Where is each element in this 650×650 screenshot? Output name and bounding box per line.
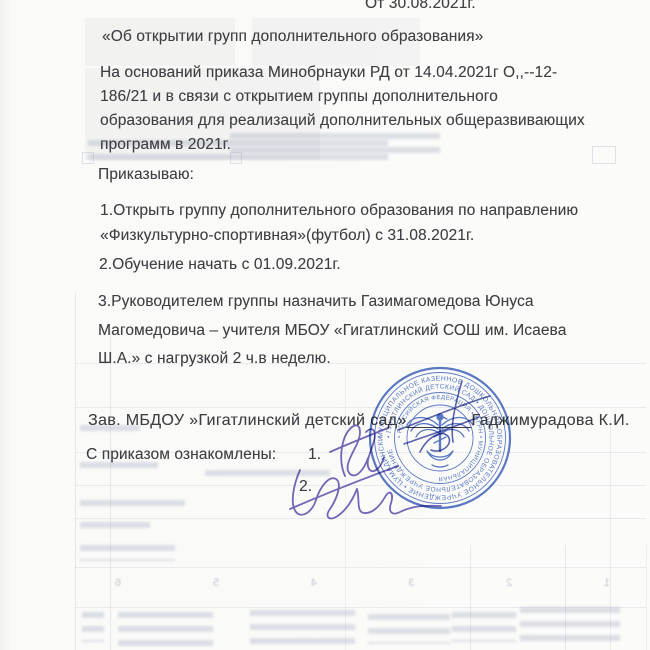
bleed-table-line xyxy=(345,368,346,650)
bleed-digit: 1 xyxy=(604,577,610,589)
bleed-text-blob xyxy=(250,610,355,646)
official-round-stamp: МУНИЦИПАЛЬНОЕ КАЗЕННОЕ ДОШКОЛЬНОЕ ОБРАЗО… xyxy=(367,365,513,511)
bleed-digit: 2 xyxy=(506,577,512,589)
order-word: Приказываю: xyxy=(98,166,194,184)
bleed-table-line xyxy=(75,485,646,486)
bleed-digits-row: 123456 xyxy=(85,577,640,589)
bleed-text-blob xyxy=(80,522,150,531)
bleed-table-line xyxy=(75,407,646,408)
bleed-digit: 4 xyxy=(311,577,317,589)
order-item-2: 2.Обучение начать с 01.09.2021г. xyxy=(99,256,341,274)
bleed-table-line xyxy=(75,607,646,608)
order-title: «Об открытии групп дополнительного образ… xyxy=(102,28,483,46)
bleed-text-blob xyxy=(80,545,175,561)
order-item-3: 3.Руководителем группы назначить Газимаг… xyxy=(98,288,650,374)
scanned-order-document: 123456 От 30.08.2021г. «Об открытии груп… xyxy=(0,0,650,650)
bleed-table-line xyxy=(110,330,111,650)
bleed-digit: 5 xyxy=(213,577,219,589)
bleed-text-blob xyxy=(80,500,185,510)
order-basis-paragraph: На оснований приказа Минобрнауки РД от 1… xyxy=(100,61,650,157)
bleed-text-blob xyxy=(368,614,450,644)
bleed-table-line xyxy=(75,567,646,568)
bleed-digit: 6 xyxy=(115,577,121,589)
bleed-table-line xyxy=(470,545,471,650)
bleed-square xyxy=(82,152,94,164)
stamp-eagle-emblem xyxy=(407,414,473,467)
bleed-text-blob xyxy=(520,607,620,647)
bleed-digit: 3 xyxy=(408,577,414,589)
signatory-position: Зав. МБДОУ »Гигатлинский детский сад» xyxy=(88,412,407,429)
order-item-1: 1.Открыть группу дополнительного образов… xyxy=(100,198,650,248)
bleed-text-blob xyxy=(118,612,213,646)
acknowledgement-label: С приказом ознакомлены: xyxy=(86,446,276,464)
bleed-text-blob xyxy=(452,612,516,642)
bleed-table-line xyxy=(610,420,611,650)
bleed-table-line xyxy=(646,545,647,650)
acknowledgement-number-2: 2. xyxy=(299,478,312,496)
bleed-table-line xyxy=(75,518,646,519)
bleed-table-line xyxy=(565,545,566,650)
bleed-text-blob xyxy=(82,612,104,642)
order-date: От 30.08.2021г. xyxy=(365,0,476,13)
bleed-table-line xyxy=(75,293,76,650)
acknowledgement-number-1: 1. xyxy=(308,446,321,464)
